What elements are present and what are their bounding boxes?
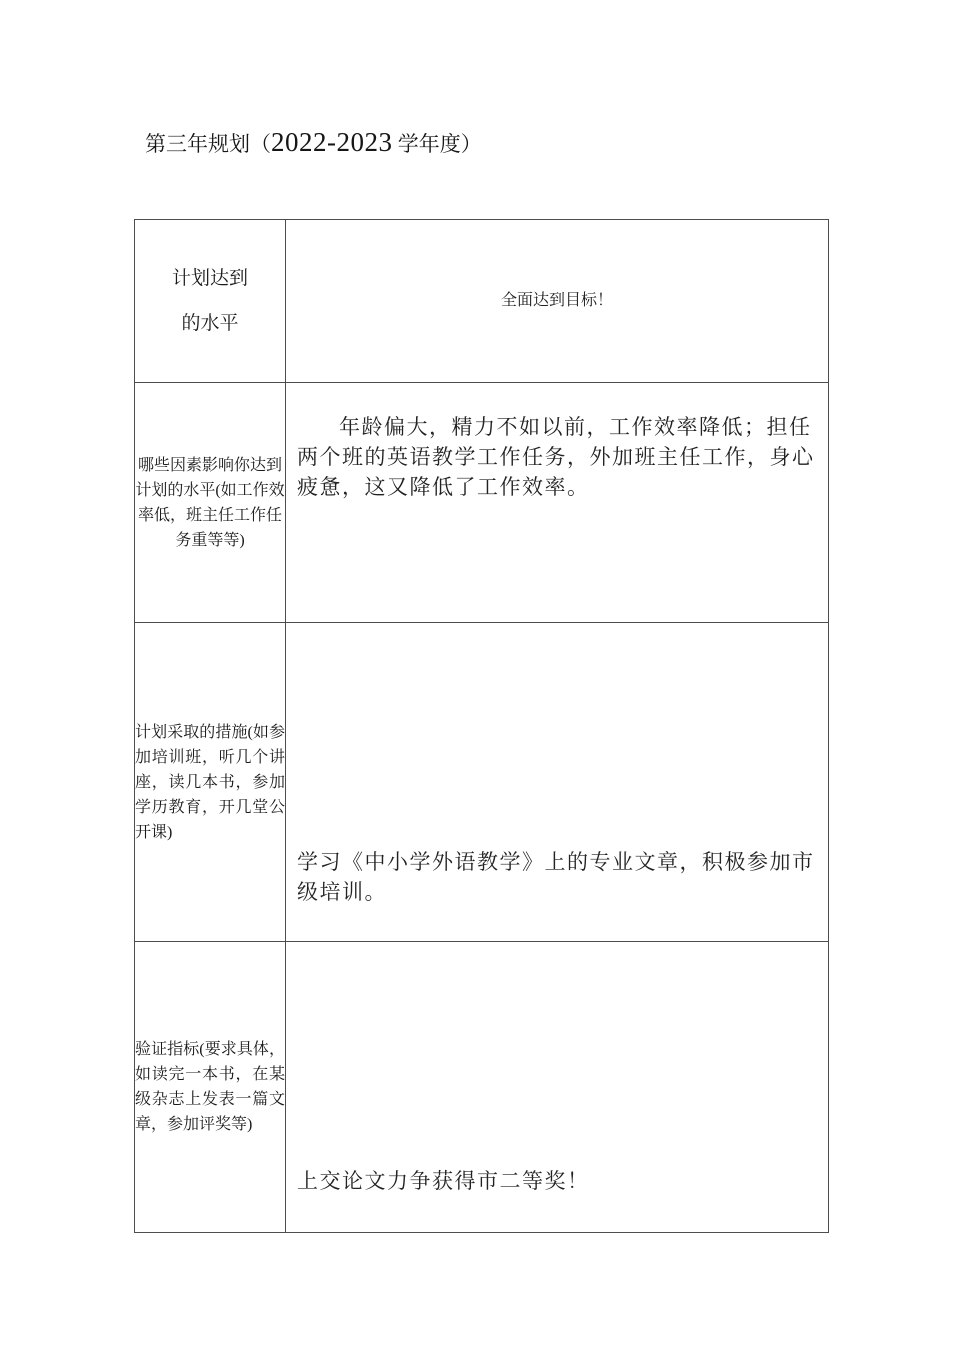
page-title: 第三年规划（2022-2023 学年度） [145,126,482,160]
title-prefix: 第三年规划（ [145,132,271,156]
row-label-planned-measures: 计划采取的措施(如参加培训班，听几个讲座，读几本书，参加学历教育，开几堂公开课) [135,623,286,942]
row-content-plan-level: 全面达到目标！ [286,220,829,383]
table-row-planned-measures: 计划采取的措施(如参加培训班，听几个讲座，读几本书，参加学历教育，开几堂公开课)… [135,623,829,942]
document-page: 第三年规划（2022-2023 学年度） 计划达到 的水平 全面达到目标！ 哪些… [0,0,960,1357]
row-content-planned-measures: 学习《中小学外语教学》上的专业文章，积极参加市级培训。 [286,623,829,942]
title-suffix: 学年度） [393,132,482,156]
row-label-influencing-factors: 哪些因素影响你达到计划的水平(如工作效率低，班主任工作任务重等等) [135,383,286,623]
row-label-plan-level: 计划达到 的水平 [135,220,286,383]
row-content-influencing-factors: 年龄偏大，精力不如以前，工作效率降低；担任两个班的英语教学工作任务，外加班主任工… [286,383,829,623]
row-label-verification-indicators: 验证指标(要求具体，如读完一本书，在某级杂志上发表一篇文章，参加评奖等) [135,942,286,1233]
table-row-verification-indicators: 验证指标(要求具体，如读完一本书，在某级杂志上发表一篇文章，参加评奖等) 上交论… [135,942,829,1233]
table-row-plan-level: 计划达到 的水平 全面达到目标！ [135,220,829,383]
row-content-verification-indicators: 上交论文力争获得市二等奖！ [286,942,829,1233]
title-year: 2022-2023 [271,127,393,157]
plan-table: 计划达到 的水平 全面达到目标！ 哪些因素影响你达到计划的水平(如工作效率低，班… [134,219,829,1233]
table-row-influencing-factors: 哪些因素影响你达到计划的水平(如工作效率低，班主任工作任务重等等) 年龄偏大，精… [135,383,829,623]
